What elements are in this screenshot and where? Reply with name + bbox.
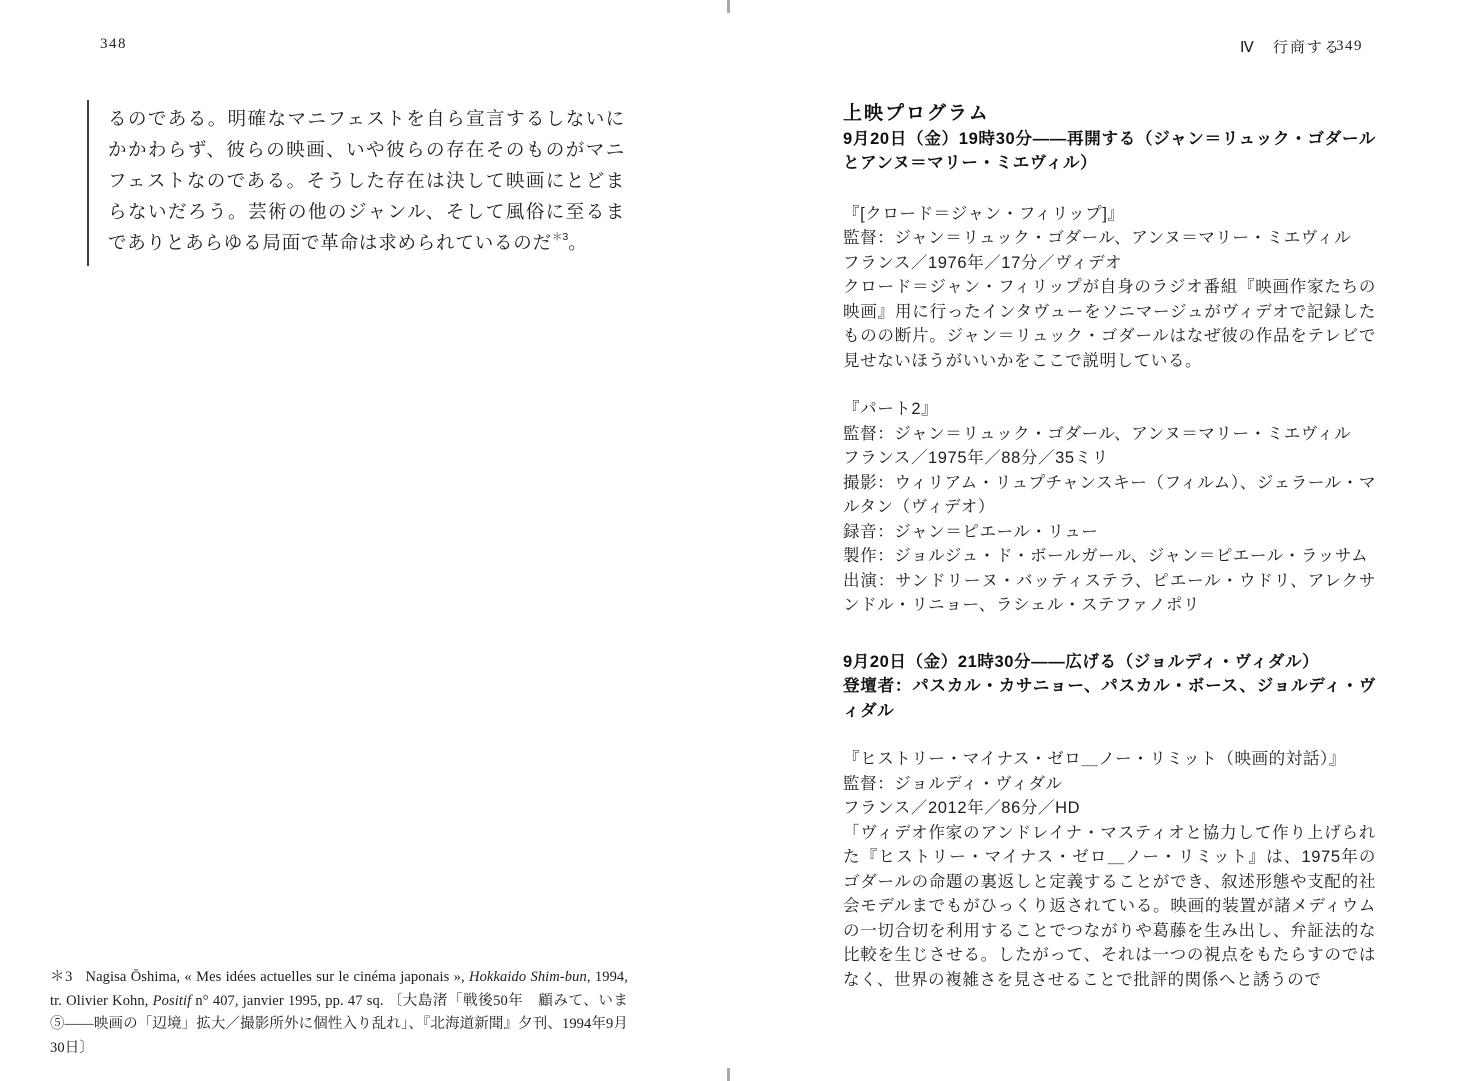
film-entry-3: 『ヒストリー・マイナス・ゼロ＿ノー・リミット（映画的対話）』 監督：ジョルディ・… — [843, 747, 1376, 992]
page-number-right: 349 — [1336, 38, 1363, 55]
film-2-photography: 撮影：ウィリアム・リュプチャンスキー（フィルム）、ジェラール・マルタン（ヴィデオ… — [843, 471, 1376, 520]
quote-block: るのである。明確なマニフェストを自ら宣言するしないにかかわらず、彼らの映画、いや… — [87, 100, 625, 266]
quote-period: 。 — [568, 232, 587, 253]
film-2-spec: フランス／1975年／88分／35ミリ — [843, 446, 1376, 471]
page-left: 348 るのである。明確なマニフェストを自ら宣言するしないにかかわらず、彼らの映… — [0, 0, 730, 1081]
film-2-director: 監督：ジャン＝リュック・ゴダール、アンヌ＝マリー・ミエヴィル — [843, 422, 1376, 447]
film-2-cast: 出演：サンドリーヌ・バッティステラ、ピエール・ウドリ、アレクサンドル・リニョー、… — [843, 569, 1376, 618]
film-1-description: クロード＝ジャン・フィリップが自身のラジオ番組『映画作家たちの映画』用に行ったイ… — [843, 275, 1376, 373]
film-1-director: 監督：ジャン＝リュック・ゴダール、アンヌ＝マリー・ミエヴィル — [843, 226, 1376, 251]
footnote-text-1: Nagisa Ōshima, « Mes idées actuelles sur… — [86, 969, 469, 985]
footnote-journal-title-italic: Positif — [153, 993, 192, 1009]
footnote-marker: ＊3 — [50, 969, 73, 985]
book-spread: 348 るのである。明確なマニフェストを自ら宣言するしないにかかわらず、彼らの映… — [0, 0, 1460, 1081]
film-2-sound: 録音：ジャン＝ピエール・リュー — [843, 520, 1376, 545]
page-number-left: 348 — [100, 36, 127, 53]
session-2-block: 9月20日（金）21時30分――広げる（ジョルディ・ヴィダル） 登壇者：パスカル… — [843, 650, 1376, 724]
session-1-heading: 9月20日（金）19時30分――再開する（ジャン＝リュック・ゴダールとアンヌ＝マ… — [843, 127, 1376, 176]
film-1-title: 『[クロード＝ジャン・フィリップ]』 — [843, 202, 1376, 227]
running-head: Ⅳ 行商する — [1240, 36, 1341, 57]
session-2-heading: 9月20日（金）21時30分――広げる（ジョルディ・ヴィダル） — [843, 650, 1376, 675]
program-column: 上映プログラム 9月20日（金）19時30分――再開する（ジャン＝リュック・ゴダ… — [843, 102, 1376, 992]
footnote-ref: ＊3 — [552, 231, 568, 243]
quote-text: るのである。明確なマニフェストを自ら宣言するしないにかかわらず、彼らの映画、いや… — [108, 108, 625, 253]
film-3-spec: フランス／2012年／86分／HD — [843, 796, 1376, 821]
film-3-description: 「ヴィデオ作家のアンドレイナ・マスティオと協力して作り上げられた『ヒストリー・マ… — [843, 821, 1376, 993]
film-entry-2: 『パート2』 監督：ジャン＝リュック・ゴダール、アンヌ＝マリー・ミエヴィル フラ… — [843, 397, 1376, 618]
film-2-production: 製作：ジョルジュ・ド・ボールガール、ジャン＝ピエール・ラッサム — [843, 544, 1376, 569]
film-3-title: 『ヒストリー・マイナス・ゼロ＿ノー・リミット（映画的対話）』 — [843, 747, 1376, 772]
session-2-speakers: 登壇者：パスカル・カサニョー、パスカル・ボース、ジョルディ・ヴィダル — [843, 674, 1376, 723]
page-right: Ⅳ 行商する 349 上映プログラム 9月20日（金）19時30分――再開する（… — [730, 0, 1460, 1081]
footnote-book-title-italic: Hokkaido Shim-bun — [469, 969, 587, 985]
film-entry-1: 『[クロード＝ジャン・フィリップ]』 監督：ジャン＝リュック・ゴダール、アンヌ＝… — [843, 202, 1376, 374]
film-3-director: 監督：ジョルディ・ヴィダル — [843, 772, 1376, 797]
footnote: ＊3Nagisa Ōshima, « Mes idées actuelles s… — [50, 966, 628, 1060]
film-2-title: 『パート2』 — [843, 397, 1376, 422]
film-1-spec: フランス／1976年／17分／ヴィデオ — [843, 251, 1376, 276]
section-title: 上映プログラム — [843, 102, 1376, 127]
